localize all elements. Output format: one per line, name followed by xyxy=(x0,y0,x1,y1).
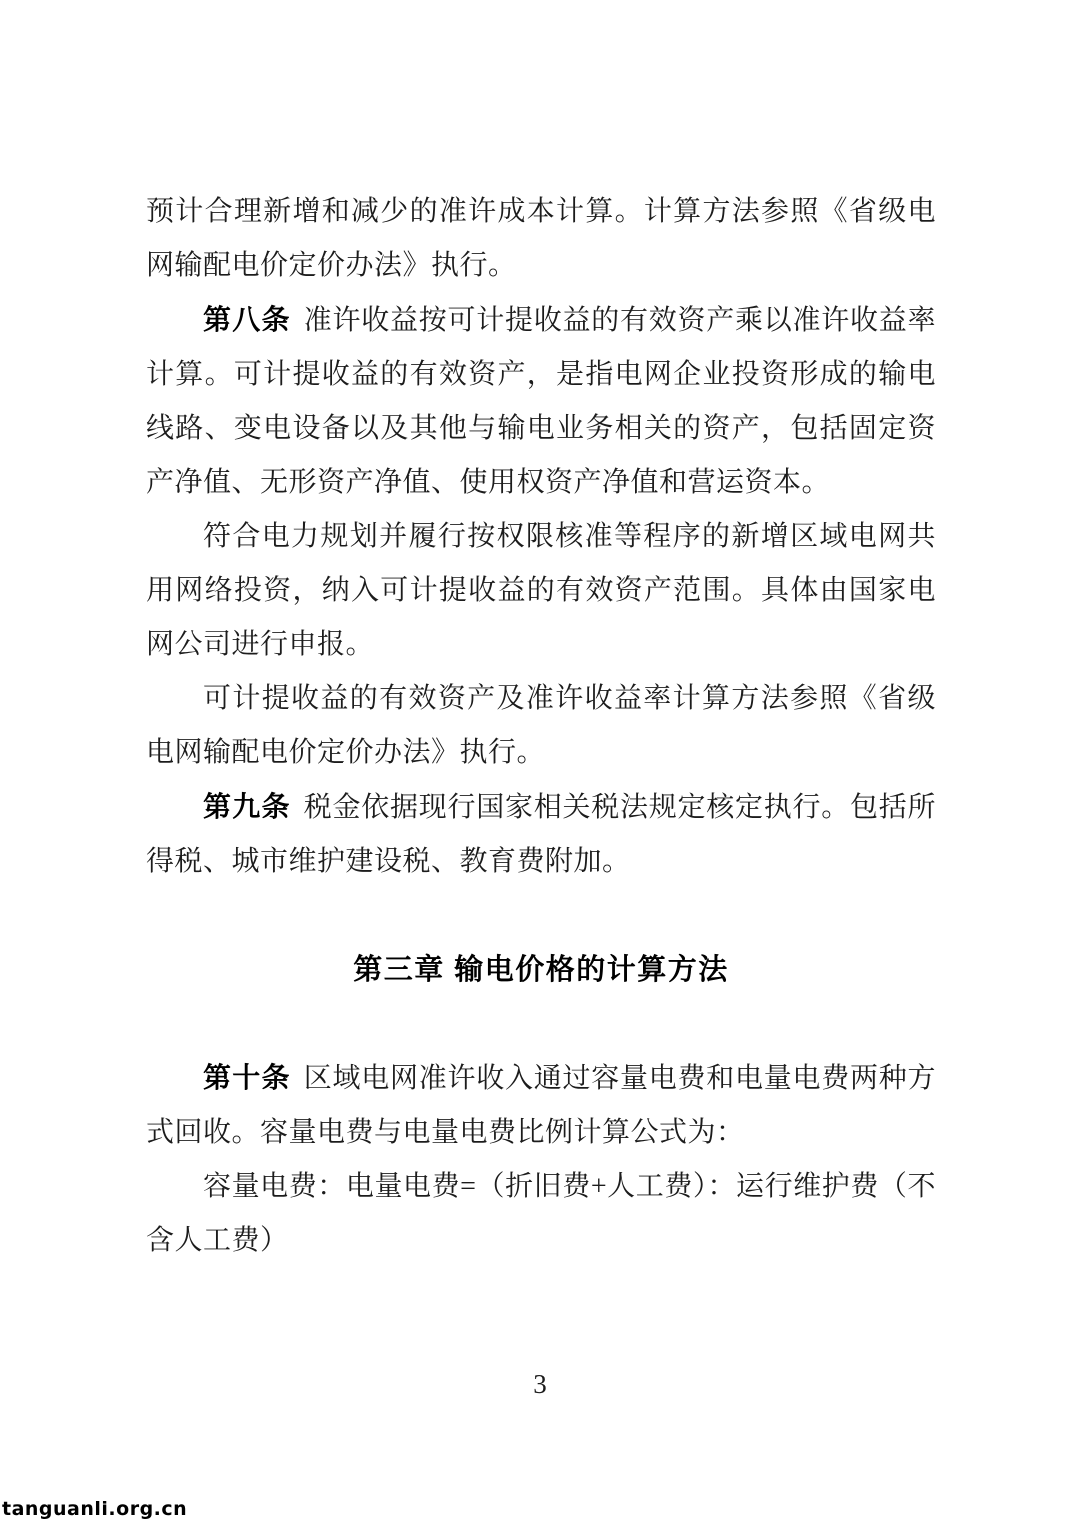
paragraph-continuation: 预计合理新增和减少的准许成本计算。计算方法参照《省级电网输配电价定价办法》执行。 xyxy=(146,185,936,293)
paragraph-article-8: 第八条准许收益按可计提收益的有效资产乘以准许收益率计算。可计提收益的有效资产，是… xyxy=(146,293,936,510)
page-number: 3 xyxy=(0,1366,1080,1402)
paragraph-article-10: 第十条区域电网准许收入通过容量电费和电量电费两种方式回收。容量电费与电量电费比例… xyxy=(146,1051,936,1160)
document-body: 预计合理新增和减少的准许成本计算。计算方法参照《省级电网输配电价定价办法》执行。… xyxy=(146,185,936,1268)
chapter-heading: 第三章 输电价格的计算方法 xyxy=(146,943,936,997)
watermark: tanguanli.org.cn xyxy=(2,1497,187,1521)
paragraph-return-rate-method: 可计提收益的有效资产及准许收益率计算方法参照《省级电网输配电价定价办法》执行。 xyxy=(146,672,936,780)
document-page: 预计合理新增和减少的准许成本计算。计算方法参照《省级电网输配电价定价办法》执行。… xyxy=(0,0,1080,1527)
paragraph-article-9: 第九条税金依据现行国家相关税法规定核定执行。包括所得税、城市维护建设税、教育费附… xyxy=(146,780,936,889)
article-9-term: 第九条 xyxy=(203,791,291,822)
article-10-term: 第十条 xyxy=(203,1062,291,1093)
paragraph-grid-investment: 符合电力规划并履行按权限核准等程序的新增区域电网共用网络投资，纳入可计提收益的有… xyxy=(146,510,936,672)
paragraph-formula: 容量电费：电量电费=（折旧费+人工费）：运行维护费（不含人工费） xyxy=(146,1160,936,1268)
article-8-term: 第八条 xyxy=(203,304,291,335)
